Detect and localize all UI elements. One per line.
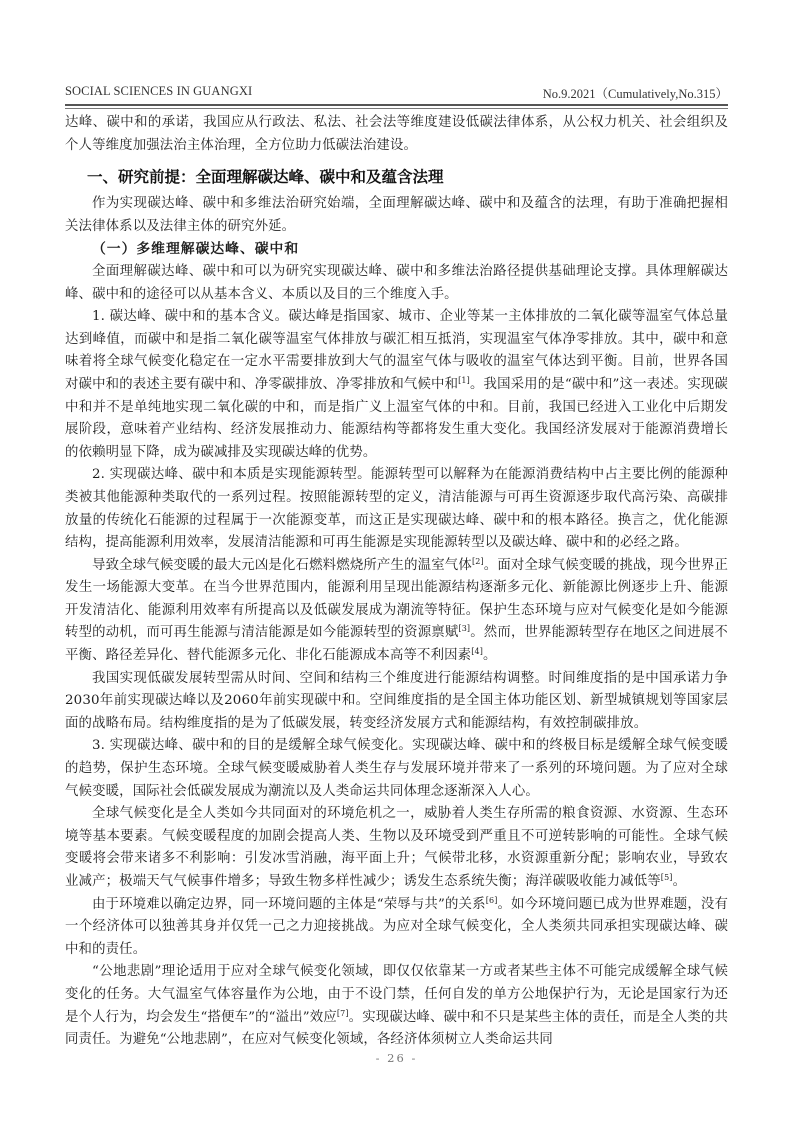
header-rule-thin — [65, 108, 728, 109]
citation-ref[interactable]: [3] — [458, 624, 470, 633]
citation-ref[interactable]: [7] — [337, 1009, 349, 1018]
paragraph-energy-transition: 2. 实现碳达峰、碳中和本质是实现能源转型。能源转型可以解释为在能源消费结构中占… — [65, 464, 728, 554]
paragraph-tragedy-of-commons: “公地悲剧”理论适用于应对全球气候变化领域，即仅仅依靠某一方或者某些主体不可能完… — [65, 961, 728, 1051]
paragraph-basic-meaning: 1. 碳达峰、碳中和的基本含义。碳达峰是指国家、城市、企业等某一主体排放的二氧化… — [65, 306, 728, 464]
section-heading: 一、研究前提：全面理解碳达峰、碳中和及蕴含法理 — [65, 166, 728, 188]
citation-ref[interactable]: [1] — [458, 376, 470, 385]
citation-ref[interactable]: [2] — [472, 557, 484, 566]
paragraph-global-warming-cause: 导致全球气候变暖的最大元凶是化石燃料燃烧所产生的温室气体[2]。面对全球气候变暖… — [65, 555, 728, 668]
article-body: 达峰、碳中和的承诺，我国应从行政法、私法、社会法等维度建设低碳法律体系，从公权力… — [65, 112, 728, 1052]
page-number: - 26 - — [0, 1051, 793, 1065]
citation-ref[interactable]: [6] — [486, 896, 498, 905]
continuation-paragraph: 达峰、碳中和的承诺，我国应从行政法、私法、社会法等维度建设低碳法律体系，从公权力… — [65, 112, 728, 157]
paragraph-climate-crisis: 全球气候变化是全人类如今共同面对的环境危机之一，威胁着人类生存所需的粮食资源、水… — [65, 803, 728, 893]
header-rule-thick — [65, 104, 728, 106]
paragraph-three-dimensions: 我国实现低碳发展转型需从时间、空间和结构三个维度进行能源结构调整。时间维度指的是… — [65, 668, 728, 736]
subsection-heading: （一）多维理解碳达峰、碳中和 — [65, 238, 728, 261]
section-intro-paragraph: 作为实现碳达峰、碳中和多维法治研究始端，全面理解碳达峰、碳中和及蕴含的法理，有助… — [65, 193, 728, 238]
paragraph-shared-fate: 由于环境难以确定边界，同一环境问题的主体是“荣辱与共”的关系[6]。如今环境问题… — [65, 894, 728, 962]
journal-title: SOCIAL SCIENCES IN GUANGXI — [65, 84, 252, 99]
citation-ref[interactable]: [5] — [661, 873, 673, 882]
paragraph-overview: 全面理解碳达峰、碳中和可以为研究实现碳达峰、碳中和多维法治路径提供基础理论支撑。… — [65, 261, 728, 306]
journal-page: SOCIAL SCIENCES IN GUANGXI No.9.2021（Cum… — [0, 0, 793, 1122]
running-header: SOCIAL SCIENCES IN GUANGXI No.9.2021（Cum… — [65, 84, 728, 100]
paragraph-purpose: 3. 实现碳达峰、碳中和的目的是缓解全球气候变化。实现碳达峰、碳中和的终极目标是… — [65, 735, 728, 803]
citation-ref[interactable]: [4] — [471, 647, 483, 656]
issue-info: No.9.2021（Cumulatively,No.315） — [543, 84, 728, 102]
